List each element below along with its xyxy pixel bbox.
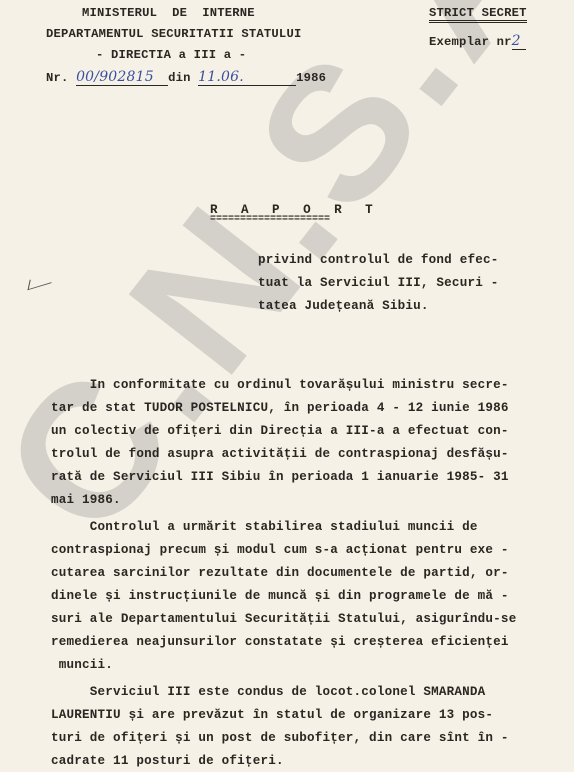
check-mark-icon [27, 273, 53, 291]
paragraph-line: contraspionaj precum și modul cum s-a ac… [51, 543, 509, 557]
paragraph-line: mai 1986. [51, 493, 121, 507]
header-department: DEPARTAMENTUL SECURITATII STATULUI [46, 27, 301, 41]
subject-line: privind controlul de fond efec- [258, 253, 498, 267]
din-label: din [168, 71, 191, 85]
header-number-line: Nr. 00/902815din 11.06.1986 [46, 69, 326, 86]
paragraph-line: cadrate 11 posturi de ofițeri. [51, 754, 284, 768]
paragraph-line: rată de Serviciul III Sibiu în perioada … [51, 470, 509, 484]
document-page: C.N.S.A.S MINISTERUL DE INTERNE DEPARTAM… [0, 0, 574, 772]
exemplar-line: Exemplar nr2 [429, 33, 526, 50]
paragraph-line: dinele și instrucțiunile de muncă și din… [51, 589, 509, 603]
subject-line: tuat la Serviciul III, Securi - [258, 276, 498, 290]
paragraph-line: Controlul a urmărit stabilirea stadiului… [51, 520, 478, 534]
paragraph-line: trolul de fond asupra activității de con… [51, 447, 509, 461]
paragraph-line: turi de ofițeri și un post de subofițer,… [51, 731, 509, 745]
paragraph-line: LAURENTIU și are prevăzut în statul de o… [51, 708, 493, 722]
document-year: 1986 [296, 71, 326, 85]
exemplar-label: Exemplar nr [429, 35, 512, 49]
paragraph-line: suri ale Departamentului Securității Sta… [51, 612, 516, 626]
paragraph-line: In conformitate cu ordinul tovarășului m… [51, 378, 509, 392]
nr-label: Nr. [46, 71, 69, 85]
document-date: 11.06. [198, 69, 296, 86]
paragraph-line: remedierea neajunsurilor constatate și c… [51, 635, 509, 649]
subject-line: tatea Județeană Sibiu. [258, 299, 429, 313]
report-title-underline: ==================== [210, 214, 330, 225]
paragraph-line: un colectiv de ofițeri din Direcția a II… [51, 424, 509, 438]
paragraph-line: Serviciul III este condus de locot.colon… [51, 685, 485, 699]
registration-number: 00/902815 [76, 69, 168, 86]
classification-label: STRICT SECRET [429, 6, 527, 20]
header-directorate: - DIRECTIA a III a - [96, 48, 246, 62]
paragraph-line: muncii. [51, 658, 113, 672]
paragraph-line: tar de stat TUDOR POSTELNICU, în perioad… [51, 401, 509, 415]
header-ministry: MINISTERUL DE INTERNE [82, 6, 255, 20]
paragraph-line: cutarea sarcinilor rezultate din documen… [51, 566, 509, 580]
exemplar-number: 2 [512, 33, 526, 50]
